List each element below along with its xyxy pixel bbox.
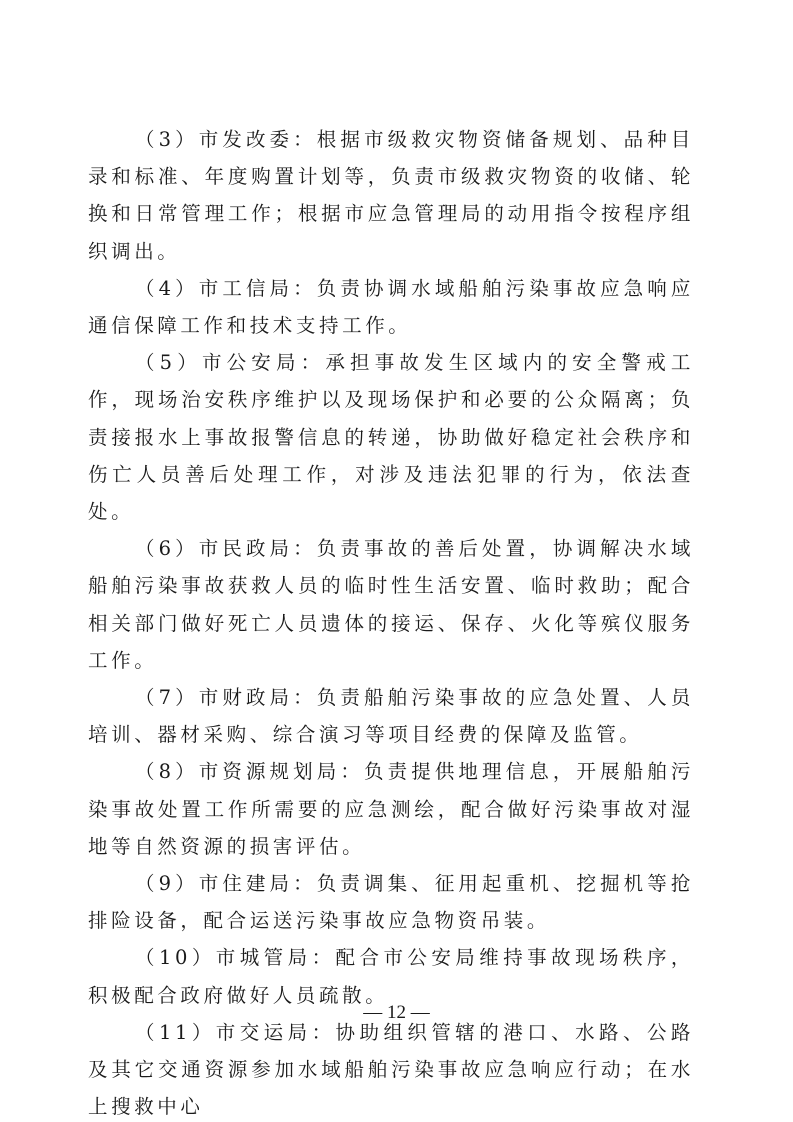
paragraph-gongxinju: （4）市工信局：负责协调水域船舶污染事故应急响应通信保障工作和技术支持工作。 xyxy=(88,270,694,344)
page-number: — 12 — xyxy=(0,1002,793,1024)
paragraph-minzhengju: （6）市民政局：负责事故的善后处置，协调解决水域船舶污染事故获救人员的临时性生活… xyxy=(88,530,694,679)
document-body: （3）市发改委：根据市级救灾物资储备规划、品种目录和标准、年度购置计划等，负责市… xyxy=(88,121,694,1122)
paragraph-gonganju: （5）市公安局：承担事故发生区域内的安全警戒工作，现场治安秩序维护以及现场保护和… xyxy=(88,344,694,530)
paragraph-jiaoyunju: （11）市交运局：协助组织管辖的港口、水路、公路及其它交通资源参加水域船舶污染事… xyxy=(88,1014,694,1122)
paragraph-caizhengju: （7）市财政局：负责船舶污染事故的应急处置、人员培训、器材采购、综合演习等项目经… xyxy=(88,679,694,753)
paragraph-fagaiwei: （3）市发改委：根据市级救灾物资储备规划、品种目录和标准、年度购置计划等，负责市… xyxy=(88,121,694,270)
paragraph-ziyuanguihuaju: （8）市资源规划局：负责提供地理信息，开展船舶污染事故处置工作所需要的应急测绘，… xyxy=(88,753,694,865)
paragraph-zhujianju: （9）市住建局：负责调集、征用起重机、挖掘机等抢排险设备，配合运送污染事故应急物… xyxy=(88,865,694,939)
